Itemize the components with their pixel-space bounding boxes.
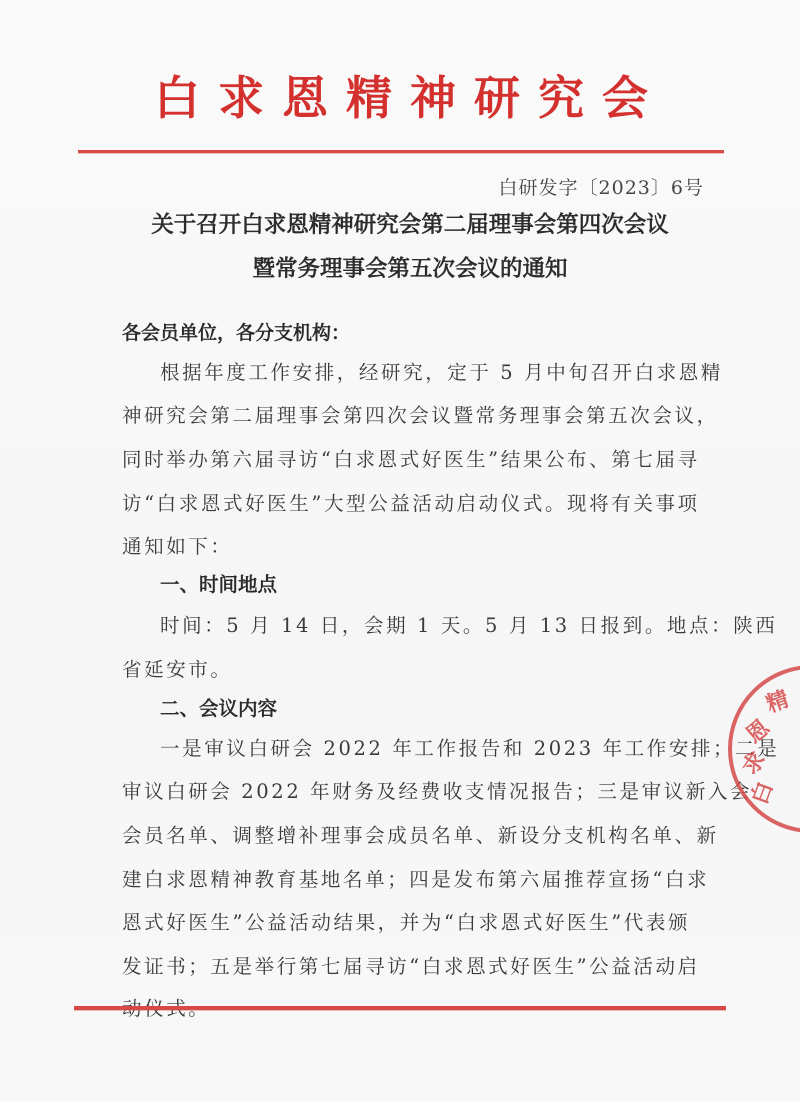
intro-line: 访“白求恩式好医生”大型公益活动启动仪式。现将有关事项 [122,488,700,516]
salutation: 各会员单位，各分支机构： [122,318,350,345]
section-line: 省延安市。 [122,654,233,682]
section-heading-meeting-content: 二、会议内容 [160,693,277,721]
intro-line: 同时举办第六届寻访“白求恩式好医生”结果公布、第七届寻 [122,444,700,472]
section-line: 时间：5 月 14 日，会期 1 天。5 月 13 日报到。地点：陕西 [160,610,777,638]
section-line: 恩式好医生”公益活动结果，并为“白求恩式好医生”代表颁 [122,907,690,935]
official-seal-stamp: 白 求 恩 精 [728,665,800,833]
seal-char: 白 [743,777,780,808]
section-heading-time-place: 一、时间地点 [160,569,277,597]
document-title-line-1: 关于召开白求恩精神研究会第二届理事会第四次会议 [100,207,720,239]
footer-red-rule [74,1006,726,1010]
intro-line: 通知如下： [122,531,233,559]
document-page: 白求恩精神研究会 白研发字〔2023〕6号 关于召开白求恩精神研究会第二届理事会… [0,0,800,1101]
seal-char: 精 [761,682,792,719]
section-line: 审议白研会 2022 年财务及经费收支情况报告；三是审议新入会 [122,776,752,804]
section-line: 发证书；五是举行第七届寻访“白求恩式好医生”公益活动启 [122,951,700,979]
letterhead-red-rule [78,150,724,153]
document-title-line-2: 暨常务理事会第五次会议的通知 [100,251,720,283]
seal-char: 恩 [739,712,776,750]
document-number: 白研发字〔2023〕6号 [499,173,704,200]
intro-line: 根据年度工作安排，经研究，定于 5 月中旬召开白求恩精 [160,357,723,385]
seal-char: 求 [734,745,772,781]
section-line: 建白求恩精神教育基地名单；四是发布第六届推荐宣扬“白求 [122,864,709,892]
intro-line: 神研究会第二届理事会第四次会议暨常务理事会第五次会议， [122,400,719,428]
section-line: 一是审议白研会 2022 年工作报告和 2023 年工作安排；二是 [160,733,779,761]
section-line: 会员名单、调整增补理事会成员名单、新设分支机构名单、新 [122,820,719,848]
letterhead-organization-name: 白求恩精神研究会 [140,68,680,128]
